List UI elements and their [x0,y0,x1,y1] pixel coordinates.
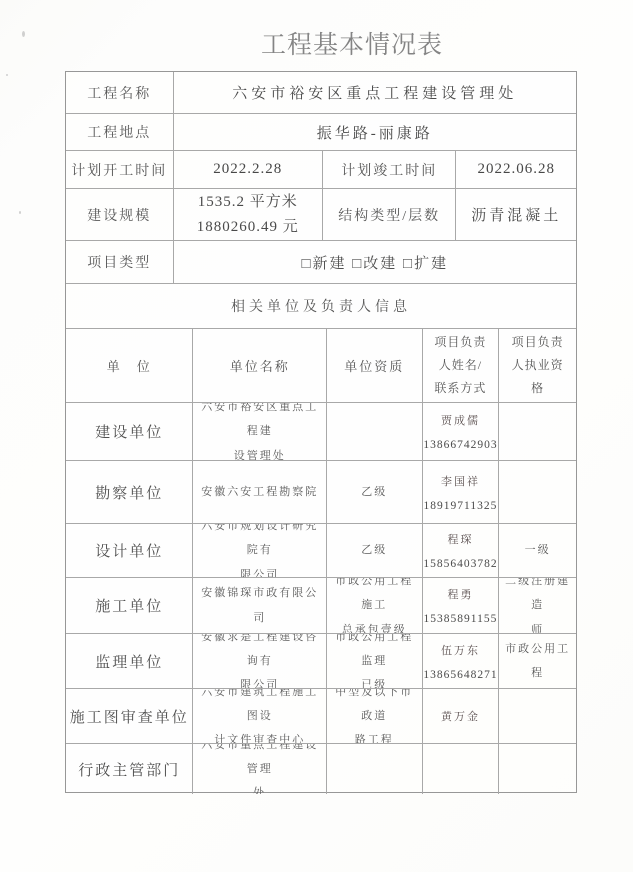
person-certification-cell [499,461,576,523]
person-certification-cell: 市政公用工程 [499,634,576,688]
start-date-value: 2022.2.28 [174,151,323,188]
person-certification-cell [499,403,576,460]
page-title: 工程基本情况表 [261,25,443,61]
section-title: 相关单位及负责人信息 [66,284,576,328]
person-certification-cell [499,689,576,743]
unit-name-cell: 六安市裕安区重点工程建 设管理处 [193,403,326,460]
table-row: 工程地点 振华路-丽康路 [66,114,576,151]
person-contact-cell [423,744,500,794]
section-header-row: 相关单位及负责人信息 [66,284,576,329]
unit-name-cell: 六安市重点工程建设管理 处 [193,744,326,794]
person-name: 李国祥 [441,473,480,489]
unit-type-cell: 监理单位 [66,634,193,688]
unit-name-cell: 安徽六安工程勘察院 [193,461,326,523]
start-date-label: 计划开工时间 [66,151,174,188]
unit-qualification-cell: 市政公用工程施工 总承包壹级 [327,578,423,633]
person-certification-cell: 一级 [499,524,576,577]
table-row: 行政主管部门 六安市重点工程建设管理 处 [66,744,576,794]
person-name: 程琛 [447,531,473,547]
unit-name-cell: 安徽求是工程建设咨询有 限公司 [193,634,326,688]
person-phone: 13865648271 [423,669,497,681]
unit-qualification-cell: 乙级 [327,461,423,523]
project-info-table: 工程名称 六安市裕安区重点工程建设管理处 工程地点 振华路-丽康路 计划开工时间… [65,71,577,793]
person-contact-cell: 李国祥 18919711325 [423,461,500,523]
person-contact-cell: 程琛 15856403782 [423,524,500,577]
header-unit-qualification: 单位资质 [327,329,423,402]
table-row: 项目类型 □新建 □改建 □扩建 [66,241,576,284]
table-row: 计划开工时间 2022.2.28 计划竣工时间 2022.06.28 [66,151,576,189]
table-row: 施工单位 安徽锦琛市政有限公司 市政公用工程施工 总承包壹级 程勇 153858… [66,578,576,634]
person-phone: 18919711325 [424,500,498,512]
structure-type-label: 结构类型/层数 [323,189,456,240]
table-row: 勘察单位 安徽六安工程勘察院 乙级 李国祥 18919711325 [66,461,576,524]
unit-qualification-cell: 乙级 [327,524,423,577]
header-unit: 单 位 [66,329,193,402]
scan-artifact [6,74,8,76]
table-row: 建设规模 1535.2 平方米 1880260.49 元 结构类型/层数 沥青混… [66,189,576,241]
table-row: 建设单位 六安市裕安区重点工程建 设管理处 贾成儒 13866742903 [66,403,576,461]
unit-type-cell: 勘察单位 [66,461,193,523]
header-person-contact: 项目负责 人姓名/ 联系方式 [423,329,500,402]
person-contact-cell: 贾成儒 13866742903 [423,403,500,460]
location-label: 工程地点 [66,114,174,150]
person-certification-cell [499,744,576,794]
person-contact-cell: 程勇 15385891155 [423,578,500,633]
table-row: 监理单位 安徽求是工程建设咨询有 限公司 市政公用工程监理 已级 伍万东 138… [66,634,576,689]
project-name-label: 工程名称 [66,72,174,113]
person-certification-cell: 二级注册建造 师 [499,578,576,633]
header-unit-name: 单位名称 [193,329,326,402]
person-contact-cell: 黄万金 [423,689,500,743]
project-name-value: 六安市裕安区重点工程建设管理处 [174,72,576,113]
unit-qualification-cell: 中型及以下市政道 路工程 [327,689,423,743]
person-name: 黄万金 [441,708,480,724]
header-person-certification: 项目负责 人执业资 格 [499,329,576,402]
unit-name-cell: 六安市建筑工程施工图设 计文件审查中心 [193,689,326,743]
unit-qualification-cell [327,403,423,460]
project-type-label: 项目类型 [66,241,174,283]
unit-qualification-cell: 市政公用工程监理 已级 [327,634,423,688]
finish-date-value: 2022.06.28 [456,151,576,188]
person-name: 伍万东 [441,642,480,658]
column-header-row: 单 位 单位名称 单位资质 项目负责 人姓名/ 联系方式 项目负责 人执业资 格 [66,329,576,403]
table-row: 施工图审查单位 六安市建筑工程施工图设 计文件审查中心 中型及以下市政道 路工程… [66,689,576,744]
scan-artifact [22,31,25,37]
finish-date-label: 计划竣工时间 [323,151,456,188]
person-contact-cell: 伍万东 13865648271 [423,634,500,688]
person-name: 程勇 [447,586,473,602]
scanned-document-page: { "page": { "title": "工程基本情况表" }, "upper… [0,0,633,872]
scale-value: 1535.2 平方米 1880260.49 元 [174,189,323,240]
scale-label: 建设规模 [66,189,174,240]
person-name: 贾成儒 [441,412,480,428]
person-phone: 15856403782 [423,558,497,570]
unit-type-cell: 施工单位 [66,578,193,633]
unit-name-cell: 六安市规划设计研究院有 限公司 [193,524,326,577]
unit-type-cell: 施工图审查单位 [66,689,193,743]
table-row: 设计单位 六安市规划设计研究院有 限公司 乙级 程琛 15856403782 一… [66,524,576,578]
unit-name-cell: 安徽锦琛市政有限公司 [193,578,326,633]
person-phone: 15385891155 [424,613,498,625]
scan-artifact [19,211,21,214]
table-row: 工程名称 六安市裕安区重点工程建设管理处 [66,72,576,114]
unit-type-cell: 建设单位 [66,403,193,460]
unit-type-cell: 设计单位 [66,524,193,577]
structure-type-value: 沥青混凝土 [456,189,576,240]
project-type-checkboxes: □新建 □改建 □扩建 [174,241,576,283]
unit-type-cell: 行政主管部门 [66,744,193,794]
unit-qualification-cell [327,744,423,794]
person-phone: 13866742903 [423,439,497,451]
location-value: 振华路-丽康路 [174,114,576,150]
